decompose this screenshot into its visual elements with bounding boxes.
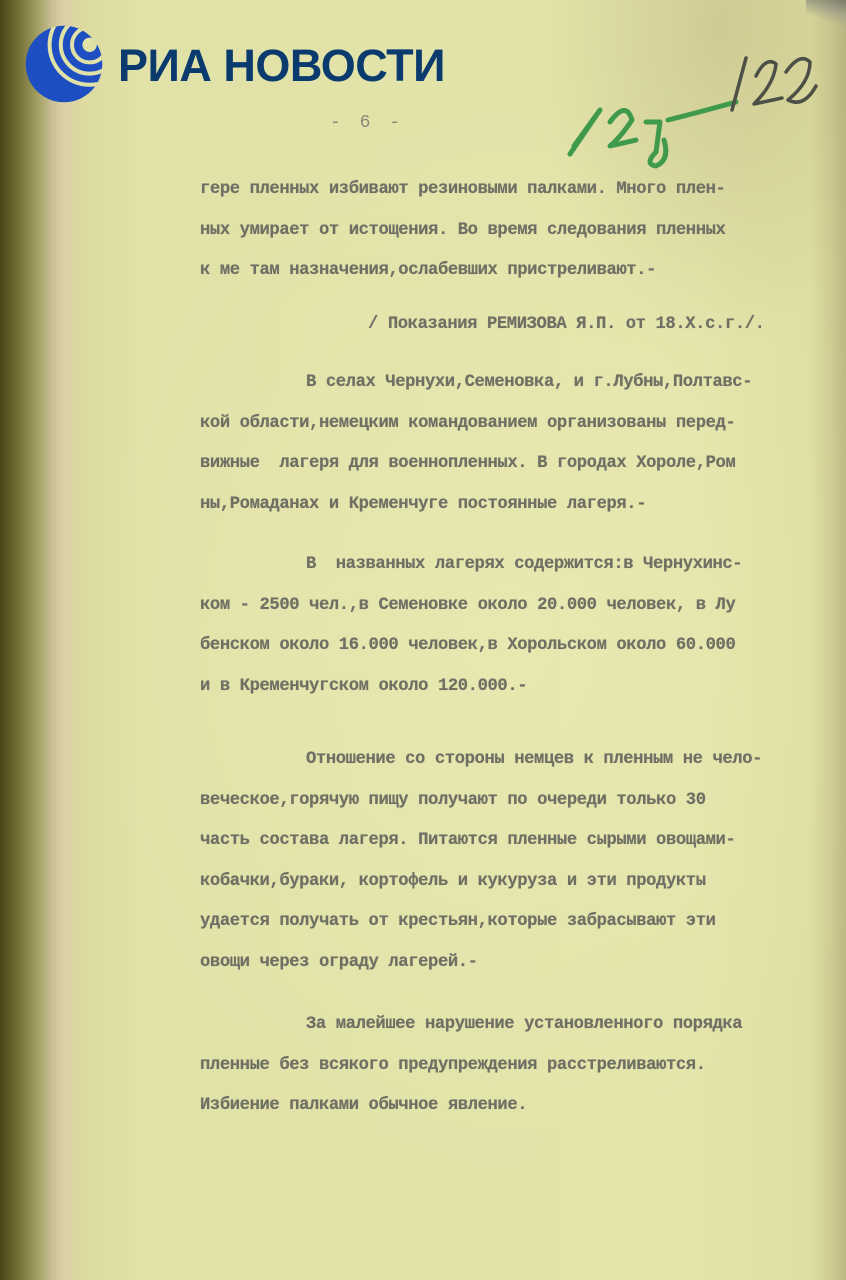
text-line: к ме там назначения,ослабевших пристрели… bbox=[200, 251, 840, 292]
paragraph-1: гере пленных избивают резиновыми палками… bbox=[200, 170, 840, 292]
text-line: пленные без всякого предупреждения расст… bbox=[200, 1046, 840, 1087]
handwritten-archive-number bbox=[560, 42, 820, 172]
text-line: часть состава лагеря. Питаются пленные с… bbox=[200, 821, 840, 862]
paper-corner-fold bbox=[806, 0, 846, 26]
text-line: вижные лагеря для военнопленных. В город… bbox=[200, 444, 840, 485]
text-line: удается получать от крестьян,которые заб… bbox=[200, 902, 840, 943]
text-line: кой области,немецким командованием орган… bbox=[200, 404, 840, 445]
text-line: бенском около 16.000 человек,в Хорольско… bbox=[200, 626, 840, 667]
logo-text: РИА НОВОСТИ bbox=[118, 40, 445, 92]
citation-line: / Показания РЕМИЗОВА Я.П. от 18.Х.с.г./. bbox=[200, 305, 840, 346]
ria-novosti-logo: РИА НОВОСТИ bbox=[24, 24, 445, 104]
text-line: ком - 2500 чел.,в Семеновке около 20.000… bbox=[200, 586, 840, 627]
text-line: гере пленных избивают резиновыми палками… bbox=[200, 170, 840, 211]
text-line: и в Кременчугском около 120.000.- bbox=[200, 667, 840, 708]
text-line: овощи через ограду лагерей.- bbox=[200, 943, 840, 984]
text-line: кобачки,бураки, кортофель и кукуруза и э… bbox=[200, 862, 840, 903]
testimony-citation: / Показания РЕМИЗОВА Я.П. от 18.Х.с.г./. bbox=[200, 305, 840, 346]
text-line: ных умирает от истощения. Во время следо… bbox=[200, 211, 840, 252]
paragraph-4: Отношение со стороны немцев к пленным не… bbox=[200, 740, 840, 983]
text-line: Отношение со стороны немцев к пленным не… bbox=[200, 740, 840, 781]
paragraph-5: За малейшее нарушение установленного пор… bbox=[200, 1005, 840, 1127]
page-number: - 6 - bbox=[330, 113, 404, 133]
green-pencil-number-icon bbox=[570, 102, 736, 166]
text-line: Избиение палками обычное явление. bbox=[200, 1086, 840, 1127]
text-line: ны,Ромаданах и Кременчуге постоянные лаг… bbox=[200, 485, 840, 526]
text-line: В названных лагерях содержится:в Чернухи… bbox=[200, 545, 840, 586]
paragraph-3: В названных лагерях содержится:в Чернухи… bbox=[200, 545, 840, 707]
paragraph-2: В селах Чернухи,Семеновка, и г.Лубны,Пол… bbox=[200, 363, 840, 525]
text-line: За малейшее нарушение установленного пор… bbox=[200, 1005, 840, 1046]
graphite-pencil-number-icon bbox=[732, 58, 816, 110]
text-line: В селах Чернухи,Семеновка, и г.Лубны,Пол… bbox=[200, 363, 840, 404]
text-line: веческое,горячую пищу получают по очеред… bbox=[200, 781, 840, 822]
ria-globe-icon bbox=[24, 24, 104, 104]
